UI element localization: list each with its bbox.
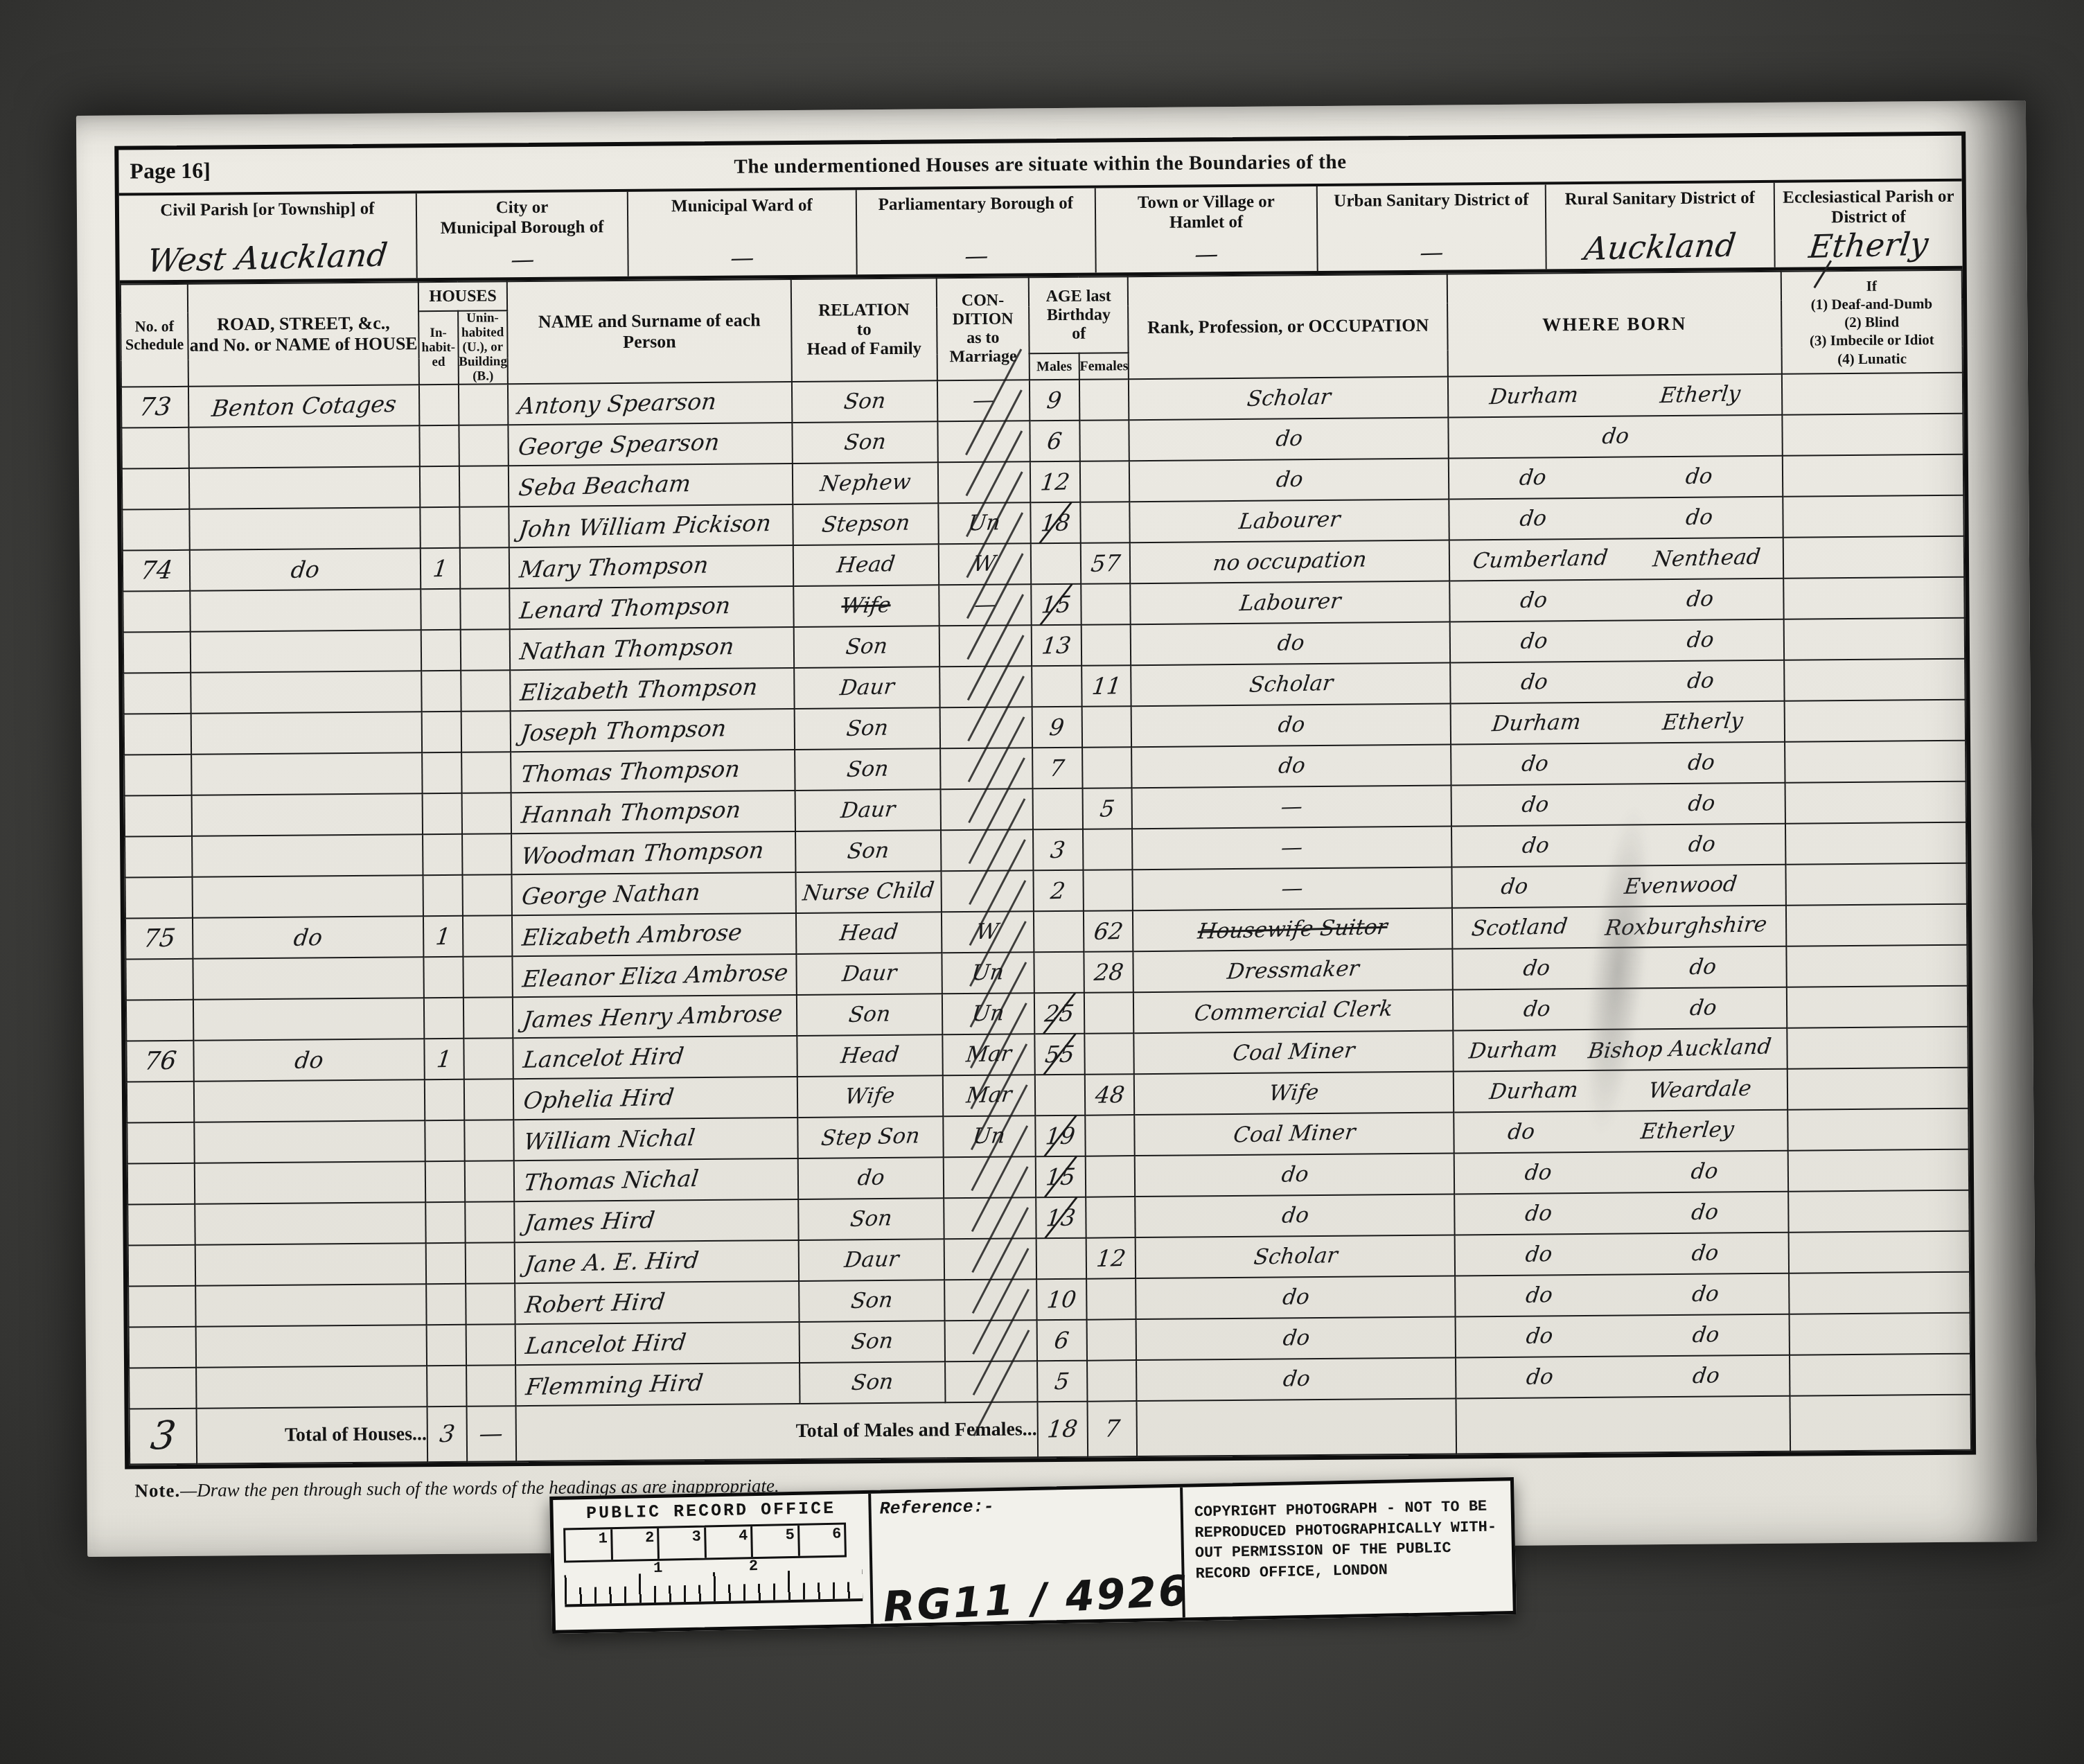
cell-relation: Son xyxy=(795,749,940,791)
cell-person-name: Lenard Thompson xyxy=(509,586,793,629)
cell-infirmities xyxy=(1788,1231,1970,1273)
occupation-value: Scholar xyxy=(1246,387,1332,410)
cell-age-male xyxy=(1032,666,1081,707)
cell-occupation: Dressmaker xyxy=(1133,949,1453,993)
cell-person-name: Woodman Thompson xyxy=(511,831,795,874)
occupation-value: Housewife Suitor xyxy=(1196,917,1388,943)
cell-road xyxy=(195,1244,426,1287)
born-part: do xyxy=(1518,468,1547,490)
person-name: Joseph Thompson xyxy=(520,717,727,746)
cell-condition: Un xyxy=(942,994,1035,1035)
cell-relation: Son xyxy=(800,1362,945,1404)
born-part: do xyxy=(1521,836,1550,858)
cell-occupation: Coal Miner xyxy=(1134,1031,1454,1075)
cell-inhabited xyxy=(423,793,462,834)
schedule-number: 76 xyxy=(143,1049,177,1075)
cell-age-male: 2 xyxy=(1033,870,1083,912)
occupation-value: Wife xyxy=(1268,1082,1320,1105)
cell-person-name: Hannah Thompson xyxy=(511,791,795,834)
cell-schedule xyxy=(126,1000,194,1041)
cell-uninhabited xyxy=(465,1202,515,1244)
header-field-label: Municipal Ward of xyxy=(671,196,813,217)
occupation-value: do xyxy=(1282,1368,1311,1391)
occupation-value: do xyxy=(1280,1164,1309,1186)
person-name: James Henry Ambrose xyxy=(522,1002,784,1031)
relation-value: Daur xyxy=(841,963,898,986)
cell-schedule xyxy=(129,1327,197,1368)
cell-road xyxy=(190,508,421,551)
cell-infirmities xyxy=(1783,536,1964,579)
cell-relation: Son xyxy=(795,831,941,873)
born-part: Durham xyxy=(1491,712,1582,735)
occupation-value: Labourer xyxy=(1238,509,1341,533)
cell-relation: Daur xyxy=(799,1240,944,1282)
cell-uninhabited xyxy=(464,1161,514,1203)
cell-person-name: Elizabeth Thompson xyxy=(510,668,794,711)
cell-road: do xyxy=(193,917,423,960)
relation-value: Son xyxy=(847,1004,892,1027)
born-values: dodo xyxy=(1454,956,1786,980)
cell-road xyxy=(193,998,424,1041)
occupation-value: — xyxy=(1280,796,1304,818)
census-page: Page 16] The undermentioned Houses are s… xyxy=(76,100,2037,1557)
cell-occupation: Housewife Suitor xyxy=(1133,908,1452,952)
cell-age-female xyxy=(1079,421,1129,462)
born-part: Roxburghshire xyxy=(1604,914,1768,940)
stamp-reference-section: Reference:- RG11 / 4926 xyxy=(868,1488,1183,1624)
col-infirmities-label: If (1) Deaf-and-Dumb (2) Blind (3) Imbec… xyxy=(1810,277,1934,367)
cell-age-female xyxy=(1086,1279,1136,1321)
occupation-value: do xyxy=(1282,1328,1311,1350)
born-part: do xyxy=(1690,1202,1719,1224)
cell-inhabited xyxy=(425,1202,465,1243)
cell-occupation: Wife xyxy=(1134,1072,1454,1115)
person-name: Flemming Hird xyxy=(524,1371,705,1398)
cell-person-name: Robert Hird xyxy=(515,1281,799,1324)
relation-value: Stepson xyxy=(820,513,910,536)
relation-value: Nephew xyxy=(819,472,912,495)
total-males: 18 xyxy=(1037,1402,1087,1458)
age-male: 3 xyxy=(1046,838,1070,862)
relation-value: Son xyxy=(845,718,890,741)
cell-infirmities xyxy=(1784,700,1966,742)
cell-inhabited xyxy=(420,466,459,507)
born-part: Scotland xyxy=(1471,916,1569,940)
cell-relation: Son xyxy=(794,626,939,669)
cell-age-male xyxy=(1033,788,1083,830)
born-part: do xyxy=(1685,589,1714,611)
cell-person-name: Lancelot Hird xyxy=(515,1322,800,1365)
cell-uninhabited xyxy=(458,385,508,426)
cell-road xyxy=(195,1121,425,1164)
born-part: do xyxy=(1500,876,1529,899)
cell-occupation: no occupation xyxy=(1130,540,1449,584)
cell-age-female xyxy=(1082,748,1132,789)
occupation-value: do xyxy=(1281,1287,1310,1309)
cell-born: dodo xyxy=(1449,456,1783,500)
cell-age-male: 25 xyxy=(1034,993,1084,1034)
born-part: Evenwood xyxy=(1623,874,1738,898)
cell-schedule xyxy=(127,1082,195,1123)
cell-road: Benton Cotages xyxy=(188,385,419,428)
cell-inhabited: 1 xyxy=(423,916,463,957)
born-part: Etherly xyxy=(1661,711,1744,734)
cell-uninhabited xyxy=(466,1366,516,1407)
cell-born: dodo xyxy=(1454,1192,1788,1235)
age-male: 9 xyxy=(1045,716,1069,739)
col-born: WHERE BORN xyxy=(1447,272,1782,377)
cell-person-name: Flemming Hird xyxy=(515,1363,800,1406)
cell-road xyxy=(194,1080,425,1123)
cell-age-male: 19 xyxy=(1035,1115,1085,1157)
ruler-cm-mark: 5 xyxy=(752,1526,800,1557)
cell-born: dodo xyxy=(1450,619,1784,663)
reference-label: Reference:- xyxy=(879,1493,1172,1519)
total-inhabited: 3 xyxy=(427,1406,467,1462)
road-name: do xyxy=(290,558,321,581)
cell-road xyxy=(191,630,421,673)
born-part: do xyxy=(1525,1326,1554,1348)
born-part: Etherley xyxy=(1640,1120,1736,1143)
cell-inhabited xyxy=(421,507,460,548)
road-name: do xyxy=(292,926,324,949)
born-part: Etherly xyxy=(1659,384,1741,407)
person-name: Thomas Thompson xyxy=(520,757,741,786)
photo-background: Page 16] The undermentioned Houses are s… xyxy=(0,0,2084,1764)
cell-age-female: 11 xyxy=(1081,666,1131,707)
cell-road xyxy=(189,467,420,510)
relation-value: Nurse Child xyxy=(802,880,935,905)
born-part: Weardale xyxy=(1648,1078,1752,1102)
cell-infirmities xyxy=(1786,904,1968,946)
occupation-value: Dressmaker xyxy=(1226,958,1361,983)
age-male: 15 xyxy=(1036,593,1075,617)
cell-uninhabited xyxy=(460,630,510,671)
cell-age-female xyxy=(1085,1156,1135,1198)
cell-condition: Mar xyxy=(943,1075,1036,1117)
cell-road: do xyxy=(190,549,421,592)
cell-condition xyxy=(944,1239,1037,1280)
born-part: do xyxy=(1524,1285,1553,1307)
cell-inhabited xyxy=(425,1120,464,1161)
reference-value: RG11 / 4926 xyxy=(882,1567,1191,1632)
cell-infirmities xyxy=(1788,1190,1970,1233)
stamp-office-name: PUBLIC RECORD OFFICE xyxy=(558,1498,863,1524)
cell-occupation: do xyxy=(1136,1276,1455,1320)
road-name: do xyxy=(294,1048,325,1072)
relation-value: Son xyxy=(846,840,890,863)
cell-relation: Son xyxy=(792,381,937,423)
relation-value: Step Son xyxy=(820,1126,921,1150)
cell-occupation: — xyxy=(1132,827,1451,870)
ruler-inch-mark: 1 xyxy=(653,1560,663,1577)
cell-born: dodo xyxy=(1451,742,1785,786)
cell-born: dodo xyxy=(1450,579,1784,622)
person-name: John William Pickison xyxy=(518,511,772,540)
person-name: Ophelia Hird xyxy=(522,1086,675,1113)
person-name: George Nathan xyxy=(521,881,702,908)
born-values: dodo xyxy=(1450,506,1783,531)
col-uninhabited: Unin- habited (U.), or Building (B.) xyxy=(458,310,509,385)
condition-value: — xyxy=(971,390,996,412)
born-part: do xyxy=(1684,507,1713,529)
cell-uninhabited xyxy=(459,507,509,549)
cell-age-male: 6 xyxy=(1037,1320,1087,1361)
cell-occupation: Scholar xyxy=(1129,377,1448,421)
cell-infirmities xyxy=(1787,986,1968,1028)
cell-relation: Nurse Child xyxy=(795,872,941,914)
ruler-cm-mark: 1 xyxy=(565,1529,612,1560)
relation-value: Head xyxy=(838,922,899,945)
col-occupation: Rank, Profession, or OCCUPATION xyxy=(1128,274,1448,380)
cell-infirmities xyxy=(1783,618,1965,660)
born-values: dodo xyxy=(1456,1324,1789,1348)
born-part: do xyxy=(1522,958,1551,980)
cell-uninhabited xyxy=(463,1039,513,1080)
occupation-value: Commercial Clerk xyxy=(1193,998,1394,1025)
age-male: 18 xyxy=(1036,511,1075,535)
relation-value: Daur xyxy=(838,677,895,700)
age-male: 10 xyxy=(1042,1288,1081,1312)
cell-schedule xyxy=(124,714,192,755)
cell-age-female: 62 xyxy=(1084,911,1133,953)
cell-schedule xyxy=(125,877,193,919)
born-part: do xyxy=(1687,793,1716,815)
cell-condition xyxy=(944,1198,1036,1240)
age-female: 62 xyxy=(1089,919,1128,943)
age-male: 13 xyxy=(1037,634,1076,658)
condition-value: W xyxy=(973,554,998,576)
cell-road xyxy=(195,1162,425,1205)
occupation-value: do xyxy=(1276,633,1305,655)
relation-value: Wife xyxy=(840,595,892,618)
cell-condition xyxy=(944,1321,1037,1362)
cell-condition xyxy=(941,871,1034,912)
cell-infirmities xyxy=(1785,822,1967,865)
condition-value: — xyxy=(973,594,998,617)
cell-road xyxy=(192,835,423,878)
cell-occupation: Commercial Clerk xyxy=(1133,990,1453,1034)
cell-uninhabited xyxy=(459,425,509,467)
relation-value: Son xyxy=(843,432,888,455)
relation-value: Daur xyxy=(843,1249,900,1272)
person-name: Jane A. E. Hird xyxy=(524,1249,700,1276)
cell-age-male: 3 xyxy=(1033,829,1083,871)
cell-schedule xyxy=(123,673,191,714)
cell-infirmities xyxy=(1790,1354,1971,1396)
copyright-notice: COPYRIGHT PHOTOGRAPH - NOT TO BE REPRODU… xyxy=(1180,1481,1513,1618)
born-values: DurhamBishop Auckland xyxy=(1454,1038,1787,1062)
age-female: 12 xyxy=(1091,1246,1130,1270)
cell-age-male: 6 xyxy=(1030,421,1079,462)
cell-road xyxy=(195,1285,426,1328)
cell-uninhabited xyxy=(461,712,511,753)
age-female: 48 xyxy=(1090,1083,1129,1106)
col-inhabited: In- habit- ed xyxy=(418,311,458,385)
cell-born: dodo xyxy=(1453,946,1787,990)
cell-inhabited xyxy=(426,1243,466,1284)
born-part: Bishop Auckland xyxy=(1587,1037,1772,1063)
cell-inhabited xyxy=(420,425,459,466)
occupation-value: Scholar xyxy=(1253,1245,1339,1269)
cell-occupation: do xyxy=(1136,1194,1455,1238)
cell-condition xyxy=(939,707,1032,749)
cell-infirmities xyxy=(1787,1149,1969,1192)
born-values: doEvenwood xyxy=(1453,874,1785,899)
cell-age-male: 18 xyxy=(1030,502,1080,544)
born-values: dodo xyxy=(1451,670,1784,694)
cell-relation: Son xyxy=(795,708,940,750)
cell-infirmities xyxy=(1783,455,1964,497)
cell-road xyxy=(191,753,422,796)
cell-born: doEvenwood xyxy=(1452,865,1786,908)
form-title: The undermentioned Houses are situate wi… xyxy=(734,150,1346,178)
col-females: Females xyxy=(1079,353,1129,380)
born-part: do xyxy=(1519,672,1548,694)
total-occupation-empty xyxy=(1137,1399,1457,1457)
cell-age-female xyxy=(1081,625,1131,667)
occupation-value: do xyxy=(1274,428,1303,450)
cell-relation: Daur xyxy=(796,953,942,996)
cell-person-name: James Hird xyxy=(514,1199,798,1242)
cell-age-male: 15 xyxy=(1036,1156,1086,1198)
cell-infirmities xyxy=(1785,741,1966,783)
cell-schedule xyxy=(123,632,191,673)
total-houses-label: Total of Houses... xyxy=(197,1407,427,1465)
cell-born: dodo xyxy=(1456,1355,1790,1399)
born-part: do xyxy=(1686,752,1715,775)
age-male: 7 xyxy=(1045,757,1070,780)
cell-schedule xyxy=(122,509,190,551)
born-part: do xyxy=(1525,1367,1554,1389)
cell-condition: — xyxy=(937,380,1030,422)
cell-schedule xyxy=(127,1122,195,1164)
cell-schedule xyxy=(123,591,191,633)
cell-infirmities xyxy=(1782,414,1963,456)
cell-infirmities xyxy=(1783,495,1964,538)
cell-person-name: Nathan Thompson xyxy=(510,627,794,670)
relation-value: Head xyxy=(840,1045,900,1068)
born-part: do xyxy=(1522,999,1551,1021)
cell-uninhabited xyxy=(465,1243,515,1285)
relation-value: Head xyxy=(836,554,896,577)
cell-inhabited xyxy=(427,1325,466,1366)
census-body: 73Benton CotagesAntony SpearsonSon—9Scho… xyxy=(121,373,1971,1409)
cell-age-female xyxy=(1079,380,1129,421)
cell-uninhabited xyxy=(461,671,511,712)
inhabited-mark: 1 xyxy=(435,1048,452,1071)
cell-age-male xyxy=(1034,911,1084,953)
born-part: do xyxy=(1688,998,1717,1020)
born-part: do xyxy=(1691,1366,1720,1388)
cell-age-female xyxy=(1080,502,1130,544)
relation-value: Son xyxy=(849,1290,894,1313)
born-part: do xyxy=(1691,1325,1720,1347)
age-male: 25 xyxy=(1040,1002,1079,1025)
schedule-number: 73 xyxy=(138,395,173,421)
condition-value: Mar xyxy=(965,1043,1013,1066)
cell-age-male xyxy=(1036,1238,1086,1280)
header-field: Parliamentary Borough of— xyxy=(857,188,1097,275)
header-field-value: — xyxy=(509,248,536,272)
person-name: Nathan Thompson xyxy=(519,635,736,663)
cell-uninhabited xyxy=(462,875,512,917)
born-part: Nenthead xyxy=(1652,547,1761,571)
cell-uninhabited xyxy=(460,589,510,630)
cell-relation: Son xyxy=(798,1199,944,1241)
cell-person-name: Ophelia Hird xyxy=(513,1077,797,1120)
born-values: dodo xyxy=(1451,752,1784,776)
cell-person-name: James Henry Ambrose xyxy=(513,995,797,1038)
born-values: dodo xyxy=(1456,1365,1789,1389)
header-field-value: — xyxy=(730,246,756,270)
condition-value: Mar xyxy=(965,1084,1013,1107)
cell-inhabited xyxy=(425,1161,465,1202)
header-field-value: West Auckland xyxy=(146,239,389,277)
total-uninhabited: — xyxy=(466,1406,516,1463)
age-male: 6 xyxy=(1050,1329,1074,1352)
born-part: do xyxy=(1686,630,1715,652)
age-male: 2 xyxy=(1046,879,1070,903)
cell-schedule xyxy=(125,795,193,837)
cell-occupation: do xyxy=(1129,418,1449,461)
born-part: do xyxy=(1520,754,1549,776)
header-field-label: City or Municipal Borough of xyxy=(440,197,603,238)
col-relation: RELATION to Head of Family xyxy=(791,278,937,382)
born-part: do xyxy=(1519,590,1548,612)
born-values: doEtherley xyxy=(1455,1120,1787,1144)
cell-relation: Head xyxy=(793,545,939,587)
cell-road xyxy=(189,426,420,469)
cell-relation: do xyxy=(798,1158,944,1200)
cell-schedule xyxy=(129,1368,197,1409)
occupation-value: Scholar xyxy=(1248,673,1334,696)
cell-condition: W xyxy=(939,544,1032,585)
cell-occupation: do xyxy=(1136,1317,1456,1361)
person-name: James Hird xyxy=(524,1208,657,1235)
cell-born: DurhamWeardale xyxy=(1454,1069,1787,1113)
cell-age-female: 28 xyxy=(1084,952,1133,994)
cell-schedule: 73 xyxy=(121,387,189,428)
born-part: do xyxy=(1684,466,1713,488)
cell-uninhabited xyxy=(463,998,513,1039)
cell-condition: Mar xyxy=(942,1034,1035,1076)
cell-person-name: Lancelot Hird xyxy=(513,1036,797,1079)
cell-uninhabited xyxy=(464,1120,514,1162)
cell-schedule xyxy=(121,427,189,469)
cell-person-name: Seba Beacham xyxy=(509,464,793,506)
cell-relation: Son xyxy=(799,1321,944,1364)
occupation-value: do xyxy=(1275,469,1304,491)
cell-condition xyxy=(940,748,1033,790)
header-field: Town or Village or Hamlet of— xyxy=(1096,186,1318,273)
born-part: Durham xyxy=(1468,1039,1559,1063)
occupation-value: no occupation xyxy=(1212,549,1368,575)
cell-born: CumberlandNenthead xyxy=(1449,538,1783,581)
cell-condition: Un xyxy=(938,503,1031,545)
cell-person-name: George Spearson xyxy=(509,423,793,466)
cell-age-female xyxy=(1084,1034,1134,1075)
age-male: 15 xyxy=(1041,1165,1080,1189)
condition-value: Un xyxy=(967,513,1002,535)
cell-relation: Son xyxy=(792,422,937,464)
cell-born: do xyxy=(1449,415,1783,459)
occupation-value: — xyxy=(1280,878,1305,900)
cell-uninhabited xyxy=(466,1325,515,1366)
cell-condition xyxy=(939,667,1032,708)
relation-value: do xyxy=(856,1167,885,1190)
cell-uninhabited xyxy=(461,793,511,835)
